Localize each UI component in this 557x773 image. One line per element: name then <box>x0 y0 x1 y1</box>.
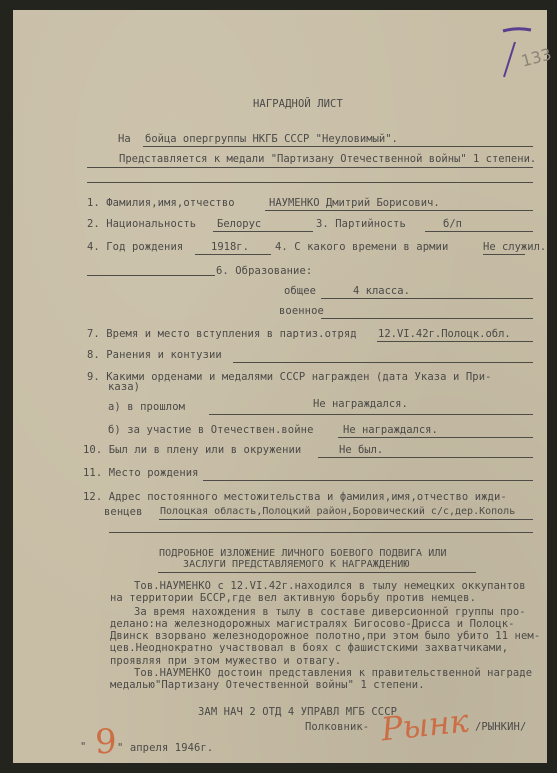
presented-underline <box>87 167 533 168</box>
field-2-underline <box>213 231 313 232</box>
field-1-value: НАУМЕНКО Дмитрий Борисович. <box>269 197 440 209</box>
field-7-label: 7. Время и место вступления в партиз.отр… <box>87 328 357 340</box>
handwritten-date-day: 9 <box>95 722 117 762</box>
field-2-value: Белорус <box>217 218 261 230</box>
field-8-label: 8. Ранения и контузии <box>87 349 222 361</box>
signatory-position: ЗАМ НАЧ 2 ОТД 4 УПРАВЛ МГБ СССР <box>198 706 397 718</box>
field-4-underline <box>195 254 271 255</box>
award-sheet-paper: 133 НАГРАДНОЙ ЛИСТ На бойца опергруппы Н… <box>13 10 547 763</box>
to-label: На <box>118 133 131 145</box>
field-2-label: 2. Национальность <box>87 218 196 230</box>
to-underline <box>143 146 533 147</box>
field-6-label: 6. Образование: <box>216 265 312 277</box>
field-8-underline <box>233 362 533 363</box>
field-10-value: Не был. <box>339 444 383 456</box>
presented-value: Представляется к медали "Партизану Отече… <box>119 153 536 165</box>
narrative-line-1: Тов.НАУМЕНКО с 12.VI.42г.находился в тыл… <box>134 580 526 592</box>
field-10-underline <box>318 457 533 458</box>
field-3-value: б/п <box>443 218 462 230</box>
field-6-general-underline <box>321 298 533 299</box>
archive-mark: 133 <box>487 22 547 82</box>
narrative-line-8: Тов.НАУМЕНКО достоин представления к пра… <box>134 667 532 679</box>
field-12-value: Полоцкая область,Полоцкий район,Боровиче… <box>160 506 515 517</box>
field-5-value: Не служил. <box>483 241 546 253</box>
narrative-line-5: Двинск взорвано железнодорожное полотно,… <box>110 630 540 642</box>
field-12-underline <box>159 519 533 520</box>
narrative-heading-underline <box>158 572 476 573</box>
narrative-heading-line1: ПОДРОБНОЕ ИЗЛОЖЕНИЕ ЛИЧНОГО БОЕВОГО ПОДВ… <box>159 548 447 559</box>
field-12-extra-line <box>109 532 533 533</box>
field-5-continuation-line <box>87 275 215 276</box>
field-9-label-continued: каза) <box>108 381 140 393</box>
narrative-line-7: проявляя при этом мужество и отвагу. <box>110 655 341 667</box>
narrative-heading-line2: ЗАСЛУГИ ПРЕДСТАВЛЯЕМОГО К НАГРАЖДЕНИЮ <box>183 559 409 570</box>
field-4-value: 1918г. <box>211 241 249 253</box>
field-5-label: 4. С какого времени в армии <box>275 241 448 253</box>
date-open-quote: " <box>80 741 86 753</box>
narrative-line-4: делано:на железнодорожных магистралях Би… <box>110 618 515 630</box>
field-11-label: 11. Место рождения <box>83 467 199 479</box>
field-1-underline <box>265 210 533 211</box>
header-separator <box>87 182 533 183</box>
signatory-name: /РЫНКИН/ <box>475 721 526 733</box>
field-5-underline <box>483 254 525 255</box>
field-3-underline <box>425 231 533 232</box>
narrative-line-9: медалью"Партизану Отечественной войны" 1… <box>110 679 425 691</box>
field-4-label: 4. Год рождения <box>87 241 183 253</box>
field-9b-value: Не награждался. <box>343 424 438 436</box>
date-month-year: " апреля 1946г. <box>117 742 213 754</box>
field-6-general-value: 4 класса. <box>353 285 410 297</box>
signatory-rank: Полковник- <box>305 721 369 733</box>
narrative-line-6: цев.Неоднократно участвовал в боях с фаш… <box>110 642 508 654</box>
field-9a-value: Не награждался. <box>313 398 408 410</box>
field-7-underline <box>377 341 533 342</box>
field-12-label: 12. Адрес постоянного местожительства и … <box>83 491 507 503</box>
field-9b-underline <box>338 437 533 438</box>
field-9a-label: а) в прошлом <box>108 401 185 413</box>
handwritten-signature: Рынк <box>379 702 470 749</box>
narrative-line-3: За время нахождения в тылу в составе див… <box>134 606 526 618</box>
field-9b-label: б) за участие в Отечествен.войне <box>108 424 314 436</box>
field-1-label: 1. Фамилия,имя,отчество <box>87 197 235 209</box>
field-10-label: 10. Был ли в плену или в окружении <box>83 444 301 456</box>
field-6-general-label: общее <box>284 285 316 297</box>
field-12-label-continued: венцев <box>104 506 143 518</box>
field-9-label: 9. Какими орденами и медалями СССР награ… <box>87 371 492 383</box>
field-11-underline <box>203 480 533 481</box>
to-value: бойца опергруппы НКГБ СССР "Неуловимый". <box>145 133 398 145</box>
field-3-label: 3. Партийность <box>316 218 406 230</box>
narrative-line-2: на территории БССР,где вел активную борь… <box>110 592 476 604</box>
field-6-military-label: военное <box>279 305 324 317</box>
document-title: НАГРАДНОЙ ЛИСТ <box>253 98 343 110</box>
field-7-value: 12.VI.42г.Полоцк.обл. <box>378 328 511 340</box>
field-6-military-underline <box>321 318 533 319</box>
field-9a-underline <box>209 414 533 415</box>
